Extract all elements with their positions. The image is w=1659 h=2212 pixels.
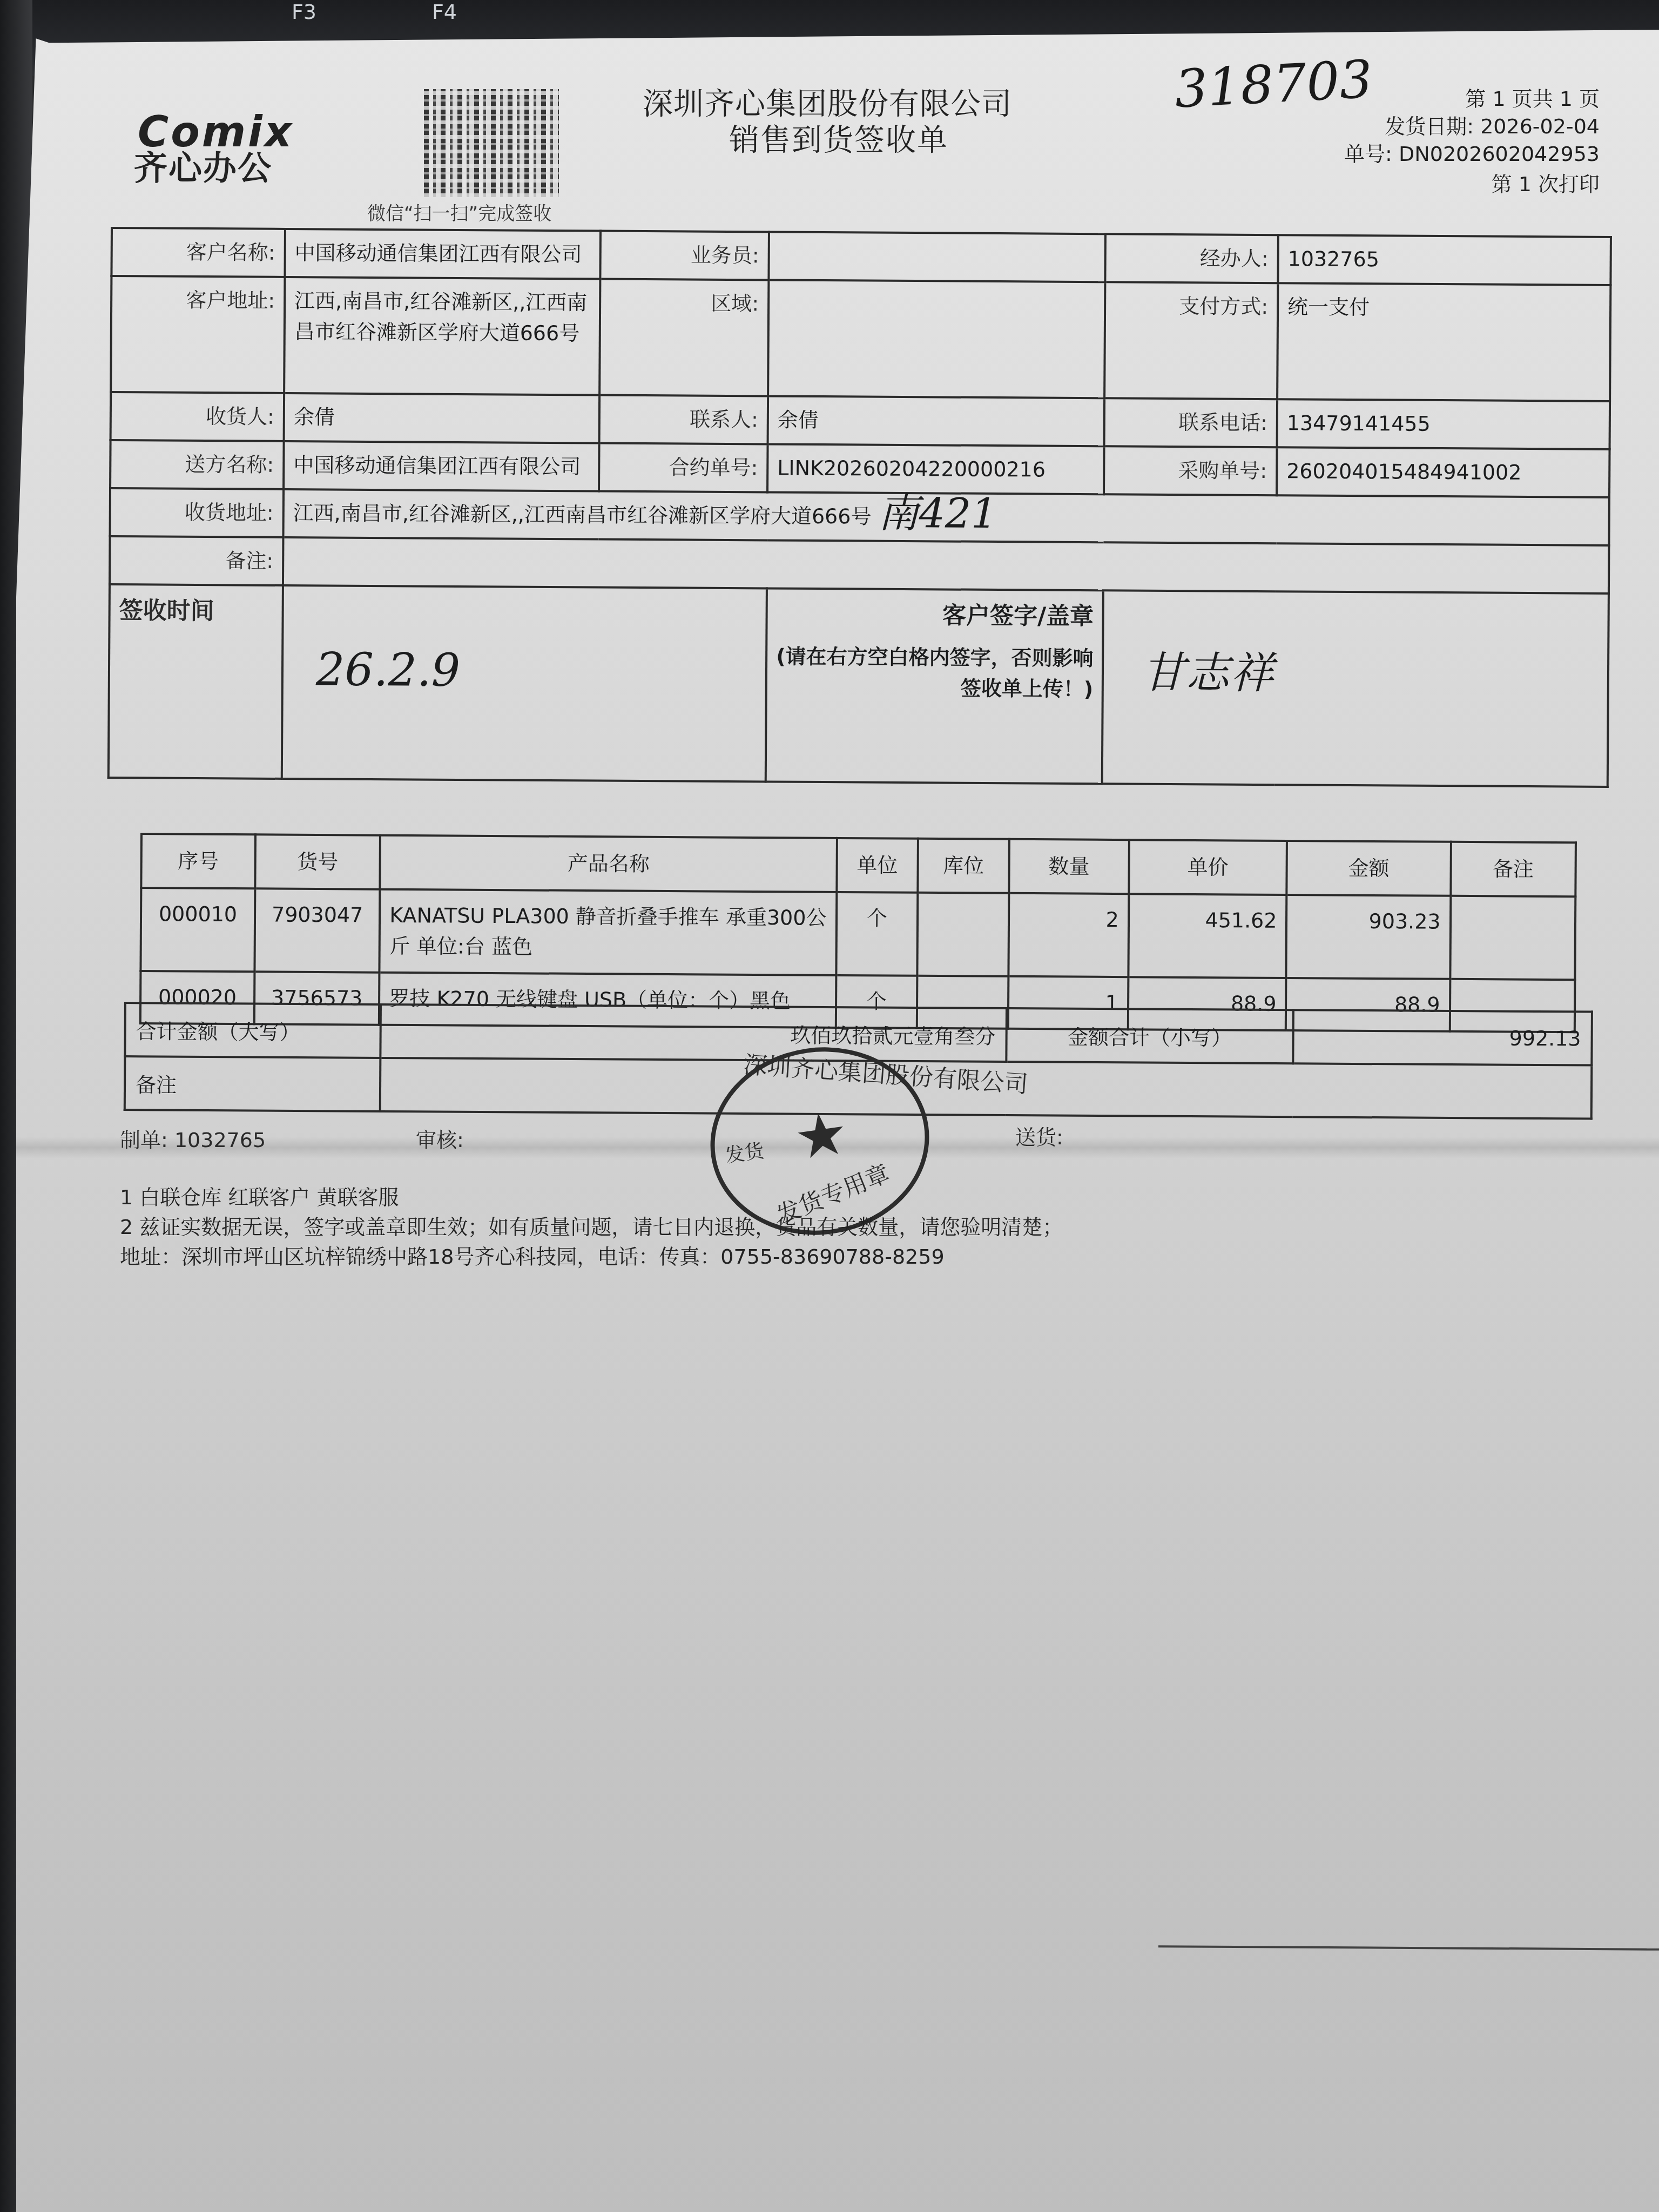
- delivery-address-label: 收货地址:: [110, 488, 283, 537]
- item-unit-price: 451.62: [1128, 894, 1287, 978]
- item-name: KANATSU PLA300 静音折叠手推车 承重300公斤 单位:台 蓝色: [380, 889, 837, 975]
- remark-label: 备注:: [110, 536, 283, 585]
- customer-name: 中国移动通信集团江西有限公司: [285, 229, 601, 279]
- item-sku: 7903047: [254, 888, 380, 972]
- items-header-row: 序号 货号 产品名称 单位 库位 数量 单价 金额 备注: [141, 834, 1576, 896]
- handwritten-room-note: 南421: [878, 489, 997, 537]
- note-terms: 2 兹证实数据无误，签字或盖章即生效；如有质量问题，请七日内退换，货品有关数量，…: [120, 1212, 1063, 1242]
- sign-time-label: 签收时间: [109, 584, 283, 779]
- payment-method: 统一支付: [1277, 283, 1610, 401]
- contact: 余倩: [768, 396, 1105, 446]
- sender: 中国移动通信集团江西有限公司: [284, 441, 599, 491]
- total-upper-value: 玖佰玖拾贰元壹角叁分: [380, 1004, 1006, 1062]
- total-upper-label: 合计金额（大写）: [125, 1003, 381, 1058]
- item-unit: 个: [836, 892, 917, 976]
- customer-signature[interactable]: 甘志祥: [1102, 590, 1609, 787]
- salesperson-label: 业务员:: [601, 231, 769, 280]
- sign-time-handwritten[interactable]: 26.2.9: [282, 585, 767, 781]
- delivery-label: 送货:: [1015, 1121, 1063, 1150]
- customer-info-table: 客户名称: 中国移动通信集团江西有限公司 业务员: 经办人: 1032765 客…: [107, 227, 1612, 788]
- col-product-name: 产品名称: [380, 835, 837, 892]
- ship-date-label: 发货日期:: [1385, 114, 1474, 138]
- logo-chinese: 齐心办公: [134, 141, 272, 190]
- totals-remark-label: 备注: [125, 1056, 381, 1111]
- total-lower-value: 992.13: [1293, 1010, 1592, 1065]
- maker-label: 制单:: [120, 1128, 168, 1152]
- total-lower-label: 金额合计（小写）: [1006, 1008, 1293, 1063]
- footer-notes: 1 白联仓库 红联客户 黄联客服 2 兹证实数据无误，签字或盖章即生效；如有质量…: [120, 1183, 1063, 1272]
- handler-label: 经办人:: [1105, 234, 1278, 283]
- col-sku: 货号: [255, 834, 380, 889]
- keyboard-key: F3: [292, 0, 316, 24]
- item-seq: 000010: [140, 888, 255, 972]
- phone: 13479141455: [1277, 399, 1610, 449]
- item-remark: [1450, 896, 1575, 980]
- item-amount: 903.23: [1286, 895, 1451, 979]
- po-number: 260204015484941002: [1277, 447, 1610, 497]
- signature-prompt: 客户签字/盖章 (请在右方空白格内签字，否则影响签收单上传！): [766, 588, 1104, 784]
- po-label: 采购单号:: [1104, 446, 1277, 495]
- document-number: 单号: DN0202602042953: [1344, 137, 1600, 167]
- receiver-label: 收货人:: [111, 392, 284, 441]
- salesperson: [768, 232, 1105, 282]
- col-unit-price: 单价: [1129, 840, 1287, 895]
- col-amount: 金额: [1287, 841, 1451, 896]
- note-copies: 1 白联仓库 红联客户 黄联客服: [120, 1183, 1063, 1212]
- qr-code-icon[interactable]: [424, 89, 559, 197]
- note-address: 地址：深圳市坪山区坑梓锦绣中路18号齐心科技园，电话：传真：0755-83690…: [120, 1242, 1063, 1272]
- contract-number: LINK20260204220000216: [767, 444, 1104, 494]
- item-location: [917, 893, 1009, 976]
- signature-prompt-instructions: (请在右方空白格内签字，否则影响签收单上传！): [776, 642, 1094, 705]
- handler: 1032765: [1278, 235, 1611, 285]
- table-row: 000010 7903047 KANATSU PLA300 静音折叠手推车 承重…: [140, 888, 1575, 980]
- ship-date: 发货日期: 2026-02-04: [1385, 110, 1600, 139]
- customer-address: 江西,南昌市,红谷滩新区,,江西南昌市红谷滩新区学府大道666号: [284, 277, 601, 395]
- delivery-address-cell: 江西,南昌市,红谷滩新区,,江西南昌市红谷滩新区学府大道666号南421: [283, 489, 1609, 545]
- col-quantity: 数量: [1009, 839, 1129, 894]
- maker: 制单: 1032765: [120, 1123, 266, 1153]
- document-number-value: DN0202602042953: [1399, 142, 1600, 166]
- star-icon: ★: [791, 1102, 852, 1169]
- col-unit: 单位: [837, 838, 918, 893]
- contact-label: 联系人:: [599, 395, 768, 444]
- stamp-side-text: 发货: [723, 1136, 765, 1169]
- qr-caption: 微信“扫一扫”完成签收: [367, 199, 551, 225]
- customer-name-label: 客户名称:: [111, 228, 285, 277]
- document-title: 销售到货签收单: [729, 116, 948, 159]
- signature-prompt-title: 客户签字/盖章: [942, 602, 1094, 630]
- page-info: 第 1 页共 1 页: [1465, 82, 1600, 112]
- col-seq: 序号: [141, 834, 255, 888]
- reviewer-label: 审核:: [416, 1123, 464, 1153]
- region: [768, 280, 1105, 398]
- phone-label: 联系电话:: [1104, 398, 1277, 447]
- col-location: 库位: [918, 839, 1010, 893]
- contract-label: 合约单号:: [599, 443, 767, 493]
- item-quantity: 2: [1009, 893, 1129, 977]
- customer-address-label: 客户地址:: [111, 276, 285, 393]
- col-remark: 备注: [1451, 842, 1576, 896]
- ship-date-value: 2026-02-04: [1480, 114, 1600, 138]
- handwritten-reference-number: 318703: [1173, 49, 1374, 119]
- receiver: 余倩: [284, 393, 600, 443]
- delivery-address: 江西,南昌市,红谷滩新区,,江西南昌市红谷滩新区学府大道666号: [293, 501, 872, 529]
- print-count: 第 1 次打印: [1492, 167, 1600, 197]
- sender-label: 送方名称:: [110, 440, 284, 489]
- remark: [283, 537, 1609, 594]
- payment-label: 支付方式:: [1105, 282, 1278, 399]
- keyboard-key: F4: [432, 0, 457, 24]
- maker-value: 1032765: [174, 1128, 266, 1152]
- region-label: 区域:: [599, 279, 768, 396]
- document-number-label: 单号:: [1344, 142, 1392, 166]
